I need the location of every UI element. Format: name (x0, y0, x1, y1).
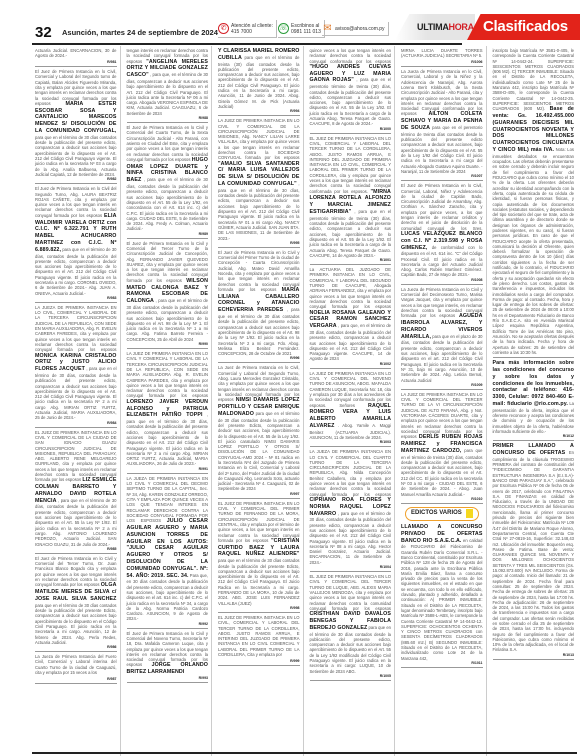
ad-code: R/1004 (310, 565, 392, 569)
ad-parties: Base de venta: Gs. 16.492.455.000 (GUARA… (493, 106, 575, 153)
classified-ad: El Juez de Primera Instancia en lo Civil… (127, 631, 209, 683)
ad-code: R/1011 (401, 661, 483, 665)
ad-parties: LORENZO JAVIER VERDUN ALFONSO y PATRICIA… (127, 399, 209, 419)
classified-ad: La Juez de Primera Instancia en lo Civil… (218, 365, 300, 498)
classified-ad: El Juez de Primera Instancia en lo Civil… (218, 250, 300, 364)
ad-code: R/989 (127, 232, 209, 236)
ad-parties: Para más información sobre las condicion… (493, 360, 575, 407)
ad-code: R/984 (35, 421, 117, 425)
ad-text-tail: , para que en el término de 30 días, con… (35, 498, 117, 547)
classified-ad: Para más información sobre las condicion… (493, 360, 575, 441)
classified-ad: EL JUEZ DE PRIMERA INSTANCIA EN LO CIVIL… (310, 574, 392, 681)
ad-text-tail: para que en el término de treinta (30) d… (401, 448, 483, 497)
column-2: tengan interés en reclamar derechos cont… (124, 46, 213, 756)
classified-ad: El Juez de Primera Instancia en lo Civil… (35, 69, 117, 184)
ad-text-tail: para que en el perentorio término de tre… (401, 125, 483, 174)
ad-text: La ACTUARIA DEL JUZGADO DE PRIMERA INSTA… (310, 267, 392, 309)
column-1: Actuaría Judicial. ENCARNACION, 30 de Ag… (32, 46, 121, 756)
ad-code: R/985 (35, 547, 117, 551)
ad-code: R/1007 (401, 174, 483, 178)
ad-code: R/987 (35, 677, 117, 681)
ad-parties: "AMALIO SILVA SANTANDER C/ MARIA LUISA V… (218, 161, 300, 187)
ad-code: R/1008 (401, 278, 483, 282)
footer-rule (32, 752, 577, 754)
section-title: Clasificados (483, 18, 568, 35)
ad-text-tail: para que en el término de 30 días contad… (35, 135, 117, 177)
section-tag-label: EDICTOS VARIOS (411, 511, 462, 516)
ad-text: EL JUEZ DE PRIMERA INSTANCIA EN LO CIVIL… (218, 501, 300, 543)
phone-icon: ✆ (218, 23, 229, 34)
brand-banner: ULTIMAHORA Clasificados (395, 14, 580, 40)
ad-code: R/986 (35, 645, 117, 649)
section-marker-icon (466, 509, 473, 518)
ad-text-tail: , para que en el término de 30 días cont… (218, 307, 300, 356)
whatsapp-icon: ☏ (278, 23, 289, 34)
classified-ad: LA JUEZA DE PRIMERA INSTANCIA EN LO CIVI… (310, 449, 392, 572)
column-6: inscripto bajo Matrícula Nº 3581-0-405, … (490, 46, 578, 756)
ad-text-tail: En cumplimiento de la cláusula TRIGESIMO… (493, 450, 575, 652)
ad-code: R/1010 (401, 497, 483, 501)
ad-text: El Juez de Primera Instancia en lo Civil… (218, 250, 300, 292)
email-contact[interactable]: ✉ avisos@ahora.com.py (322, 22, 389, 36)
ad-text-tail: para que en el término de 30 días contad… (35, 603, 117, 645)
classified-ad: Actuaría Judicial. ENCARNACION, 30 de Ag… (35, 48, 117, 67)
page-number: 32 (35, 24, 52, 41)
ad-code: R/993 (127, 676, 209, 680)
ad-text-tail: para que en el término de 30 días, conta… (35, 247, 117, 296)
ad-text: LA JUEZA DE PRIMERA INSTANCIA EN LO CIVI… (35, 305, 117, 352)
ad-code: R/1006 (401, 60, 483, 64)
ad-code: R/1003 (310, 440, 392, 444)
ad-text: LA JUEZ DE PRIMERA INSTANCIA EN LO CIVIL… (401, 392, 483, 439)
ad-code: R/1013 (493, 653, 575, 657)
ad-text: MIRNA LUCIA DUARTE TORRES (ACTUARIA JUDI… (401, 48, 483, 58)
ad-code: R/995 (218, 241, 300, 245)
ad-text: EL JUEZ DE PRIMERA INSTANCIA EN LO CIVIL… (310, 574, 392, 611)
ad-text: inscripto bajo Matrícula Nº 3581-0-405, … (493, 48, 575, 111)
ad-code: R/1009 (401, 383, 483, 387)
ad-code: R/992 (127, 622, 209, 626)
classified-ad: quince veces a los que tengan interés en… (310, 48, 392, 134)
newspaper-logo: ULTIMAHORA (417, 22, 474, 32)
classified-ad: El Juez de Primera Instancia en lo Civil… (127, 241, 209, 349)
classified-ad: El Juez de Primera Instancia en lo Civil… (35, 186, 117, 303)
ad-text: quince veces a los que tengan interés en… (310, 48, 392, 64)
classified-ad: EL JUEZ DE PRIMERA INSTANCIA EN LO CIVIL… (35, 430, 117, 554)
ad-code: R/983 (35, 296, 117, 300)
ad-code: R/1005 (310, 674, 392, 678)
ad-text: El Juez de Primera Instancia en lo Civil… (127, 241, 209, 283)
classified-ad: La ACTUARIA DEL JUZGADO DE PRIMERA INSTA… (310, 267, 392, 369)
classified-ad: EL JUEZ DE PRIMERA INSTANCIA EN LO CIVIL… (218, 501, 300, 613)
ad-code: R/1000 (310, 127, 392, 131)
classified-ad: Y CLARISSA MARIEL ROMERO CUBILLA para qu… (218, 48, 300, 116)
ad-parties: JULIO CESAR AGUILAR AGUERO y MARIA ASUNC… (127, 518, 209, 578)
ad-text-tail: , para que en el término de 30 días, con… (310, 511, 392, 565)
header-rule (32, 43, 462, 45)
email-icon: ✉ (322, 23, 333, 34)
ad-text-tail: para que en el término de 30 días contad… (218, 558, 300, 605)
ad-code: R/1002 (310, 362, 392, 366)
ad-text-tail: para que en el término de treinta (30) d… (218, 55, 300, 109)
classifieds-columns: Actuaría Judicial. ENCARNACION, 30 de Ag… (32, 46, 577, 756)
ad-text-tail: Para que, en 30 días contados desde la p… (127, 573, 209, 622)
ad-text: La Jueza de Primera Instancia en lo Civi… (401, 69, 483, 116)
classified-ad: EL JUEZ DE PRIMERA INSTANCIA EN LO CIVIL… (218, 615, 300, 666)
ad-text: LA JUEZA DE PRIMERA INSTANCIA EN LO CIVI… (127, 476, 209, 523)
ad-text-tail: , para que en el perentorio término de t… (310, 209, 392, 258)
ad-code: R/1012 (493, 434, 575, 438)
classified-ad: EL JUEZ DE PRIMERA INSTANCIA EN LO CIVIL… (310, 136, 392, 266)
page-header: 32 Asunción, martes 24 de septiembre de … (0, 0, 580, 42)
ad-code: R/988 (127, 116, 209, 120)
classified-ad: LA JUEZA DE PRIMERA INSTANCIA EN LO CIVI… (127, 476, 209, 629)
contact-value: avisos@ahora.com.py (335, 26, 385, 32)
ad-text-tail: , para que, en el término de 30 días, co… (127, 72, 209, 116)
ad-parties: PRIMER LLAMADO A CONCURSO DE OFERTAS (493, 443, 575, 456)
ad-code: R/982 (35, 177, 117, 181)
ad-code: R/998 (218, 606, 300, 610)
classified-ad: El Juez de Primera Instancia en lo Civil… (35, 556, 117, 652)
ad-text: Actuaría Judicial. ENCARNACION, 30 de Ag… (35, 48, 117, 58)
ad-code: R/994 (218, 109, 300, 113)
ad-text-tail: , para que en el término de 30 días cont… (127, 298, 209, 342)
ad-code: R/996 (218, 356, 300, 360)
classified-ad: El Juez de Primera Instancia en lo Civil… (401, 183, 483, 285)
section-tag-edictos-varios: EDICTOS VARIOS (405, 507, 479, 521)
column-5: MIRNA LUCIA DUARTE TORRES (ACTUARIA JUDI… (398, 46, 487, 756)
ad-text: EL JUEZ DE PRIMERA INSTANCIA EN LO CIVIL… (218, 615, 300, 657)
ad-code: R/991 (127, 467, 209, 471)
ad-text: LA JUEZ DE PRIMERA INSTANCIA EN LO CIVIL… (127, 351, 209, 398)
ad-code: R/997 (218, 492, 300, 496)
classified-ad: LLAMADO A CONCURSO PRIVADO DE OFERTAS BA… (401, 524, 483, 668)
ad-text-tail: , para que en el término de 30 días, con… (127, 412, 209, 466)
customer-service-contact[interactable]: ✆ Atención al cliente:415 7000 (218, 20, 277, 38)
ad-text-tail: , para que en el perentorio término de t… (310, 77, 392, 126)
ad-text-tail: Nota: Los inmuebles detallados se encuen… (493, 147, 575, 355)
ad-text-tail: en calidad de FIDUCIARIO del Fideicomiso… (401, 538, 483, 661)
ad-text: El Juez de Primera Instancia en lo Civil… (401, 183, 483, 230)
ad-text-tail: , para que en el término de 30 días, con… (218, 181, 300, 240)
ad-text-tail: para que en el término de 30 días contad… (218, 411, 300, 492)
classified-ad: LA JUEZ DE PRIMERA INSTANCIA EN LO CIVIL… (127, 351, 209, 474)
classified-ad: inscripto bajo Matrícula Nº 3581-0-405, … (493, 48, 575, 358)
ad-code: R/981 (35, 60, 117, 64)
classified-ad: MIRNA LUCIA DUARTE TORRES (ACTUARIA JUDI… (401, 48, 483, 67)
classified-ad: PRIMER LLAMADO A CONCURSO DE OFERTAS En … (493, 443, 575, 660)
ad-text: EL JUEZ DE PRIMERA INSTANCIA EN LO CIVIL… (35, 430, 117, 483)
classified-ad: La Jueza de Primera Instancia del Fuero … (35, 654, 117, 684)
column-3: Y CLARISSA MARIEL ROMERO CUBILLA para qu… (215, 46, 304, 756)
whatsapp-contact[interactable]: ☏ Escribinos al0981 111 013 (278, 20, 325, 38)
ad-text-tail: para que en el término de 30 días contad… (310, 625, 392, 674)
ad-text-tail: , para que en el término de 30 días, con… (127, 177, 209, 231)
classified-ad: La Jueza de Primera Instancia en lo Civi… (401, 69, 483, 181)
ad-text: LA JUEZA DE PRIMERA INSTANCIA EN LO CIVI… (310, 449, 392, 496)
contact-value: 415 7000 (231, 29, 252, 35)
classified-ad: LA JUEZ DE PRIMERA INSTANCIA EN LO CIVIL… (218, 118, 300, 248)
ad-text-tail: para que en el plazo de 30 días, contado… (401, 334, 483, 383)
classified-ad: La Jueza de Primera Instancia en lo Civi… (401, 287, 483, 390)
classified-ad: LA JUEZA DE PRIMERA INSTANCIA EN LO CIVI… (35, 305, 117, 428)
ad-code: R/1001 (310, 258, 392, 262)
ad-text: La Jueza de Primera Instancia del Fuero … (35, 654, 117, 675)
ad-text: LA JUEZ DE PRIMERA INSTANCIA EN LO CIVIL… (218, 118, 300, 160)
ad-text-tail: , para que en el término de 30 días, con… (35, 366, 117, 420)
classified-ad: El Juez de Primera Instancia en lo Civil… (127, 125, 209, 239)
column-4: quince veces a los que tengan interés en… (307, 46, 396, 756)
ad-text: EL JUEZ DE PRIMERA INSTANCIA EN LO CIVIL… (310, 136, 392, 194)
classified-ad: LA JUEZ DE PRIMERA INSTANCIA EN LO CIVIL… (401, 392, 483, 504)
ad-code: R/999 (218, 659, 300, 663)
classified-ad: LA JUEZ DE PRIMERA INSTANCIA EN LO CIVIL… (310, 371, 392, 448)
publication-date: Asunción, martes 24 de septiembre de 202… (62, 28, 218, 37)
classified-ad: tengan interés en reclamar derechos cont… (127, 48, 209, 123)
ad-code: R/990 (127, 342, 209, 346)
contact-value: 0981 111 013 (291, 29, 321, 35)
